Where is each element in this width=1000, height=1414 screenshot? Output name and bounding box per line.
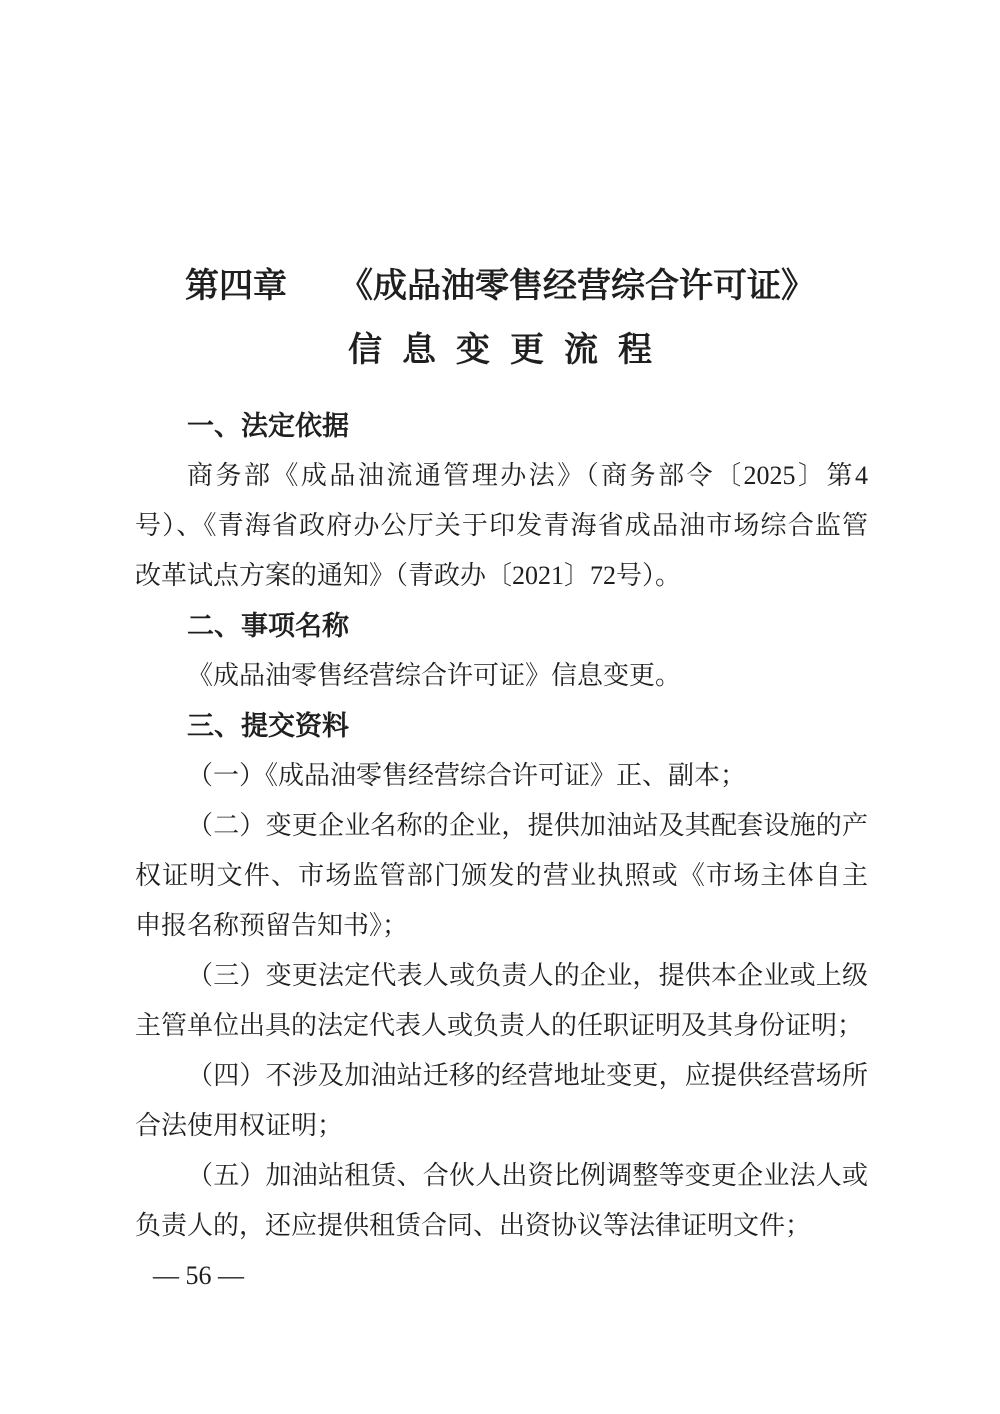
body-line: 合法使用权证明； <box>135 1101 868 1151</box>
section-heading-legal-basis: 一、法定依据 <box>135 401 868 451</box>
chapter-title-line1: 第四章《成品油零售经营综合许可证》 <box>0 255 1000 319</box>
body-line: 申报名称预留告知书》； <box>135 901 868 951</box>
chapter-label: 第四章 <box>185 268 287 305</box>
section-heading-item-name: 二、事项名称 <box>135 601 868 651</box>
body-line: 改革试点方案的通知》（青政办〔2021〕72号）。 <box>135 551 868 601</box>
page-footer: — 56 — <box>153 1251 1000 1301</box>
chapter-title: 《成品油零售经营综合许可证》 <box>339 268 815 305</box>
document-body: 一、法定依据 商务部《成品油流通管理办法》（商务部令〔2025〕第4 号）、《青… <box>135 401 868 1251</box>
body-line: 商务部《成品油流通管理办法》（商务部令〔2025〕第4 <box>135 451 868 501</box>
body-line: （五）加油站租赁、合伙人出资比例调整等变更企业法人或 <box>135 1151 868 1201</box>
section-heading-submission-materials: 三、提交资料 <box>135 701 868 751</box>
body-line: （四）不涉及加油站迁移的经营地址变更，应提供经营场所 <box>135 1051 868 1101</box>
body-line: （二）变更企业名称的企业，提供加油站及其配套设施的产 <box>135 801 868 851</box>
body-line: 负责人的，还应提供租赁合同、出资协议等法律证明文件； <box>135 1201 868 1251</box>
chapter-title-block: 第四章《成品油零售经营综合许可证》 信息变更流程 <box>0 0 1000 383</box>
body-line: 《成品油零售经营综合许可证》信息变更。 <box>135 651 868 701</box>
body-line: （三）变更法定代表人或负责人的企业，提供本企业或上级 <box>135 951 868 1001</box>
body-line: 主管单位出具的法定代表人或负责人的任职证明及其身份证明； <box>135 1001 868 1051</box>
page-number: — 56 — <box>153 1261 244 1290</box>
body-line: （一）《成品油零售经营综合许可证》正、副本； <box>135 751 868 801</box>
chapter-subtitle: 信息变更流程 <box>0 319 1000 383</box>
body-line: 号）、《青海省政府办公厅关于印发青海省成品油市场综合监管 <box>135 501 868 551</box>
body-line: 权证明文件、市场监管部门颁发的营业执照或《市场主体自主 <box>135 851 868 901</box>
document-page: 第四章《成品油零售经营综合许可证》 信息变更流程 一、法定依据 商务部《成品油流… <box>0 0 1000 1414</box>
